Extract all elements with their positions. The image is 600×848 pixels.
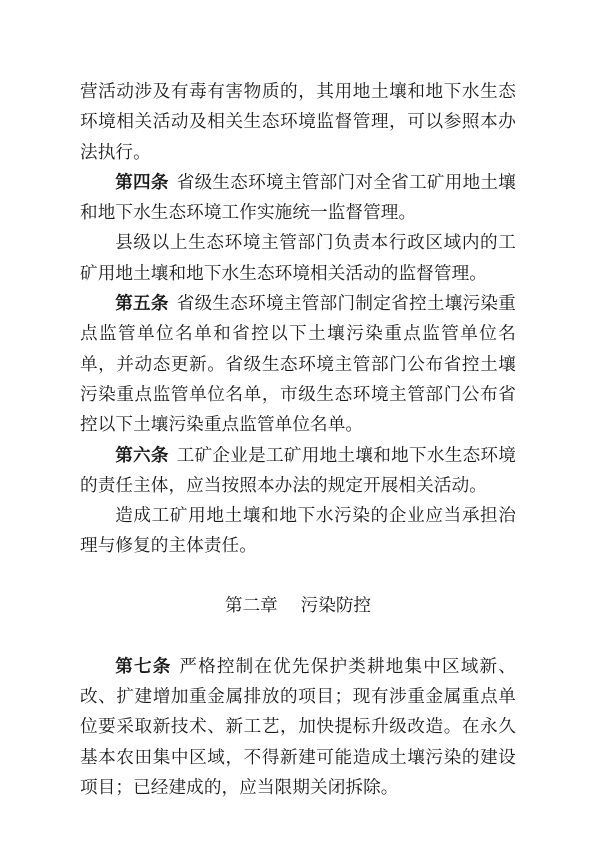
article-label: 第六条 — [115, 446, 169, 466]
article-7: 第七条严格控制在优先保护类耕地集中区域新、改、扩建增加重金属排放的项目；现有涉重… — [80, 652, 516, 803]
paragraph-continuation: 营活动涉及有毒有害物质的，其用地土壤和地下水生态环境相关活动及相关生态环境监督管… — [80, 77, 516, 168]
article-4: 第四条省级生态环境主管部门对全省工矿用地土壤和地下水生态环境工作实施统一监督管理… — [80, 168, 516, 229]
paragraph-text: 造成工矿用地土壤和地下水污染的企业应当承担治理与修复的主体责任。 — [80, 506, 516, 556]
chapter-title: 污染防控 — [301, 596, 371, 616]
article-label: 第七条 — [115, 657, 171, 677]
article-label: 第四条 — [115, 173, 169, 193]
article-label: 第五条 — [115, 294, 169, 314]
article-6-paragraph-2: 造成工矿用地土壤和地下水污染的企业应当承担治理与修复的主体责任。 — [80, 501, 516, 562]
paragraph-text: 省级生态环境主管部门制定省控土壤污染重点监管单位名单和省控以下土壤污染重点监管单… — [80, 294, 516, 435]
paragraph-text: 严格控制在优先保护类耕地集中区域新、改、扩建增加重金属排放的项目；现有涉重金属重… — [80, 657, 516, 798]
paragraph-text: 县级以上生态环境主管部门负责本行政区域内的工矿用地土壤和地下水生态环境相关活动的… — [80, 233, 516, 283]
chapter-number: 第二章 — [225, 596, 278, 616]
paragraph-text: 营活动涉及有毒有害物质的，其用地土壤和地下水生态环境相关活动及相关生态环境监督管… — [80, 82, 516, 163]
article-6: 第六条工矿企业是工矿用地土壤和地下水生态环境的责任主体，应当按照本办法的规定开展… — [80, 441, 516, 502]
article-5: 第五条省级生态环境主管部门制定省控土壤污染重点监管单位名单和省控以下土壤污染重点… — [80, 289, 516, 440]
document-page: 营活动涉及有毒有害物质的，其用地土壤和地下水生态环境相关活动及相关生态环境监督管… — [80, 77, 516, 803]
article-4-paragraph-2: 县级以上生态环境主管部门负责本行政区域内的工矿用地土壤和地下水生态环境相关活动的… — [80, 228, 516, 289]
chapter-heading: 第二章污染防控 — [80, 591, 516, 621]
